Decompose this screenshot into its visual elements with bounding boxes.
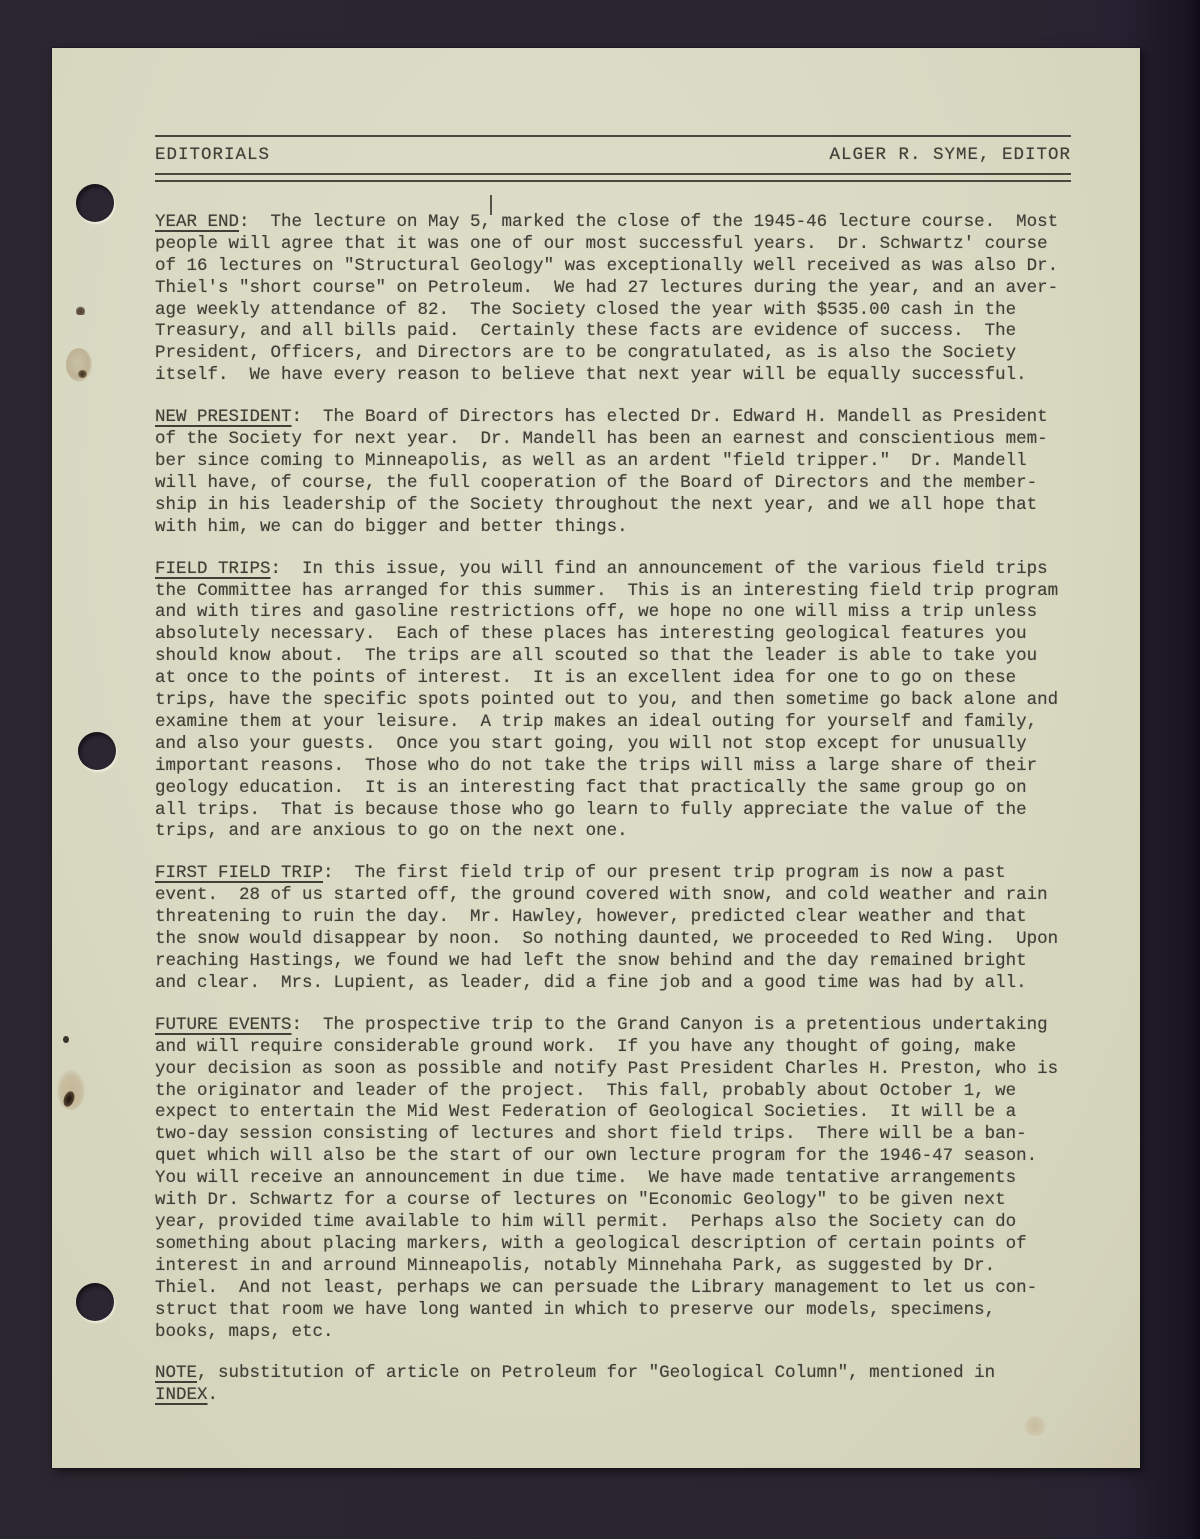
section-body: : The lecture on May 5, marked the close…: [155, 212, 1058, 385]
section-new-president: NEW PRESIDENT: The Board of Directors ha…: [155, 407, 1095, 538]
scan-background: { "page": { "background_color": "#2a2530…: [0, 0, 1200, 1539]
header-editor-credit: ALGER R. SYME, EDITOR: [829, 145, 1071, 167]
section-first-field-trip: FIRST FIELD TRIP: The first field trip o…: [155, 863, 1095, 994]
section-tail-text: .: [208, 1385, 219, 1405]
section-label: FUTURE EVENTS: [155, 1015, 292, 1035]
section-field-trips: FIELD TRIPS: In this issue, you will fin…: [155, 559, 1095, 844]
section-body: : In this issue, you will find an announ…: [155, 559, 1058, 842]
punch-hole-top: [76, 184, 114, 222]
header-title: EDITORIALS: [155, 145, 270, 167]
margin-pen-mark: [76, 306, 85, 315]
paper-stain-speck: [78, 370, 87, 378]
section-tail-label: INDEX: [155, 1385, 208, 1405]
section-label: FIRST FIELD TRIP: [155, 863, 323, 883]
editorial-sections: YEAR END: The lecture on May 5, marked t…: [155, 212, 1095, 1407]
section-label: NEW PRESIDENT: [155, 407, 292, 427]
section-label: NOTE: [155, 1363, 197, 1383]
section-future-events: FUTURE EVENTS: The prospective trip to t…: [155, 1015, 1095, 1344]
section-body: : The prospective trip to the Grand Cany…: [155, 1015, 1058, 1342]
section-note: NOTE, substitution of article on Petrole…: [155, 1363, 1095, 1407]
header-rule-double: [155, 173, 1071, 182]
typed-content: EDITORIALS ALGER R. SYME, EDITOR YEAR EN…: [155, 48, 1095, 1427]
punch-hole-middle: [78, 732, 116, 770]
punch-hole-bottom: [76, 1283, 114, 1321]
paper-page: EDITORIALS ALGER R. SYME, EDITOR YEAR EN…: [52, 48, 1140, 1468]
section-year-end: YEAR END: The lecture on May 5, marked t…: [155, 212, 1095, 387]
section-label: YEAR END: [155, 212, 239, 232]
section-label: FIELD TRIPS: [155, 559, 271, 579]
page-header: EDITORIALS ALGER R. SYME, EDITOR: [155, 137, 1071, 173]
margin-ink-speck: [63, 1036, 69, 1043]
section-body: , substitution of article on Petroleum f…: [197, 1363, 995, 1383]
